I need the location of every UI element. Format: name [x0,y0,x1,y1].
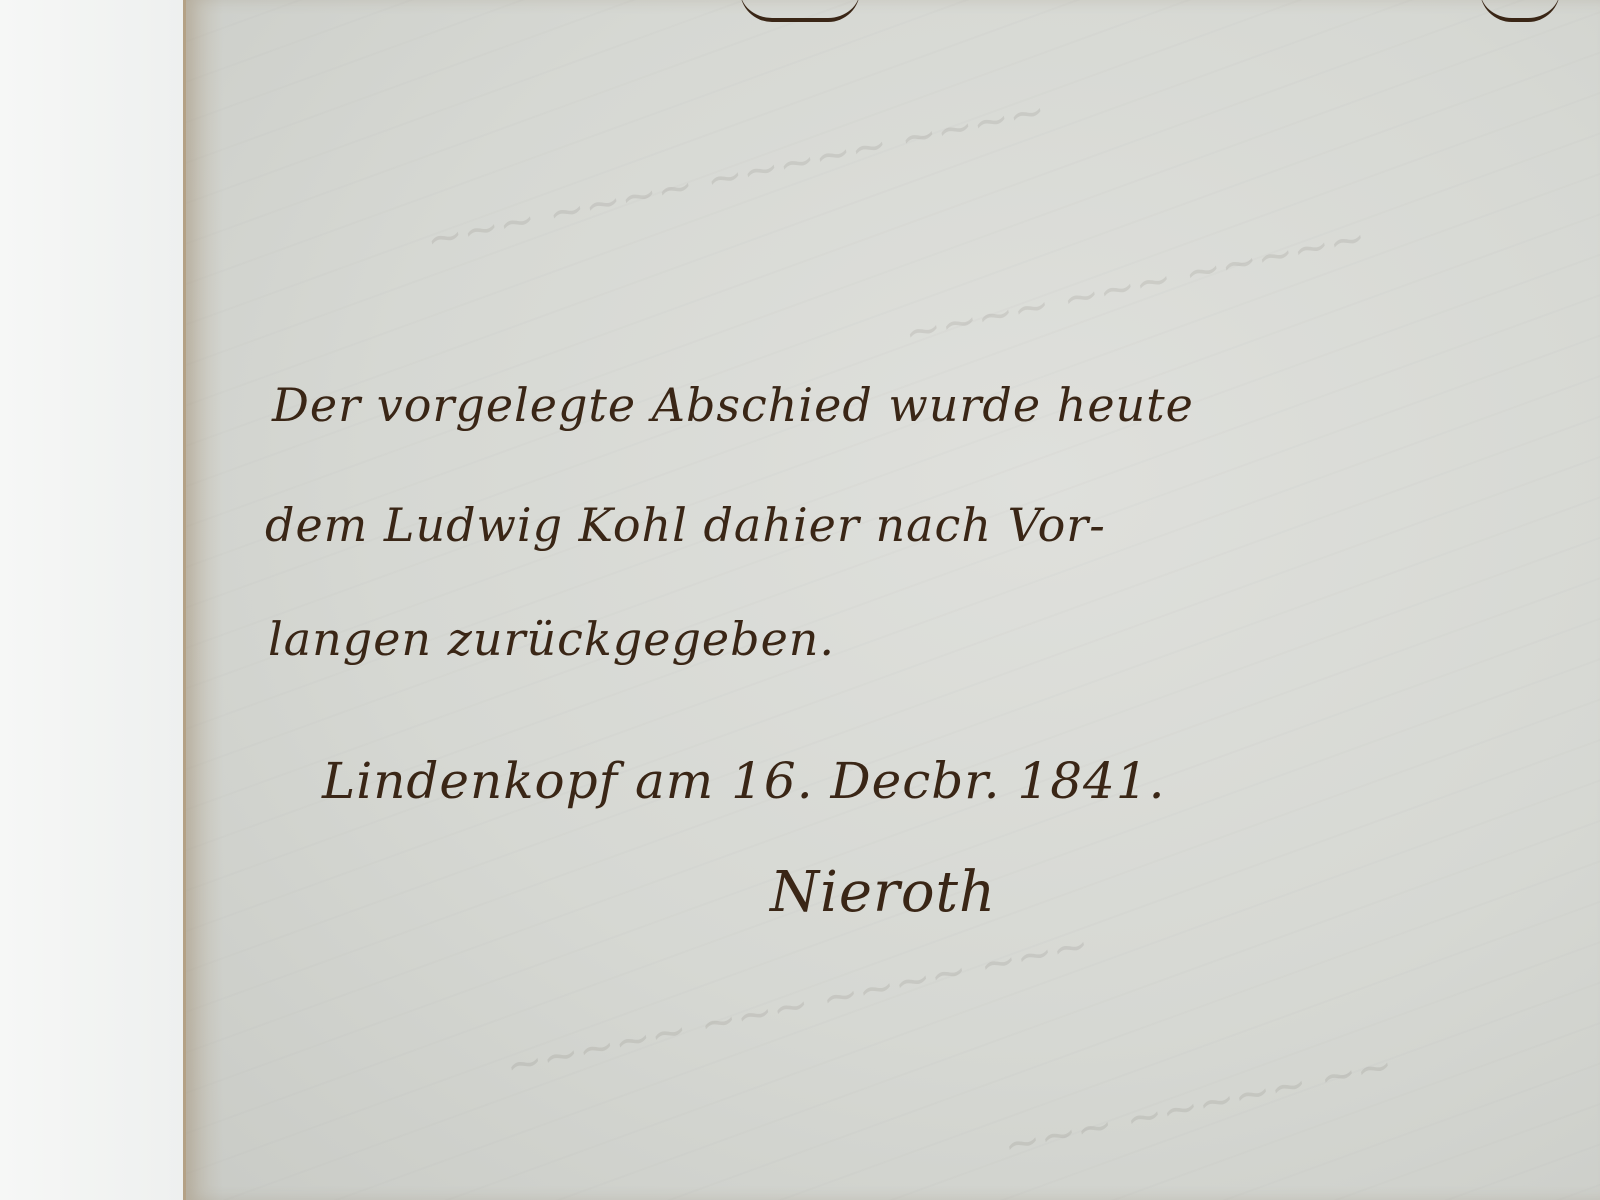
signature: Nieroth [770,860,996,925]
handwritten-line-1: Der vorgelegte Abschied wurde heute [272,378,1194,432]
place-date-line: Lindenkopf am 16. Decbr. 1841. [322,752,1166,810]
paper-edge [183,0,223,1200]
ink-stroke-top [740,0,860,22]
background-margin [0,0,185,1200]
handwritten-line-2: dem Ludwig Kohl dahier nach Vor- [265,498,1106,552]
paper-sheet [183,0,1600,1200]
handwritten-line-3: langen zurückgegeben. [268,612,835,666]
